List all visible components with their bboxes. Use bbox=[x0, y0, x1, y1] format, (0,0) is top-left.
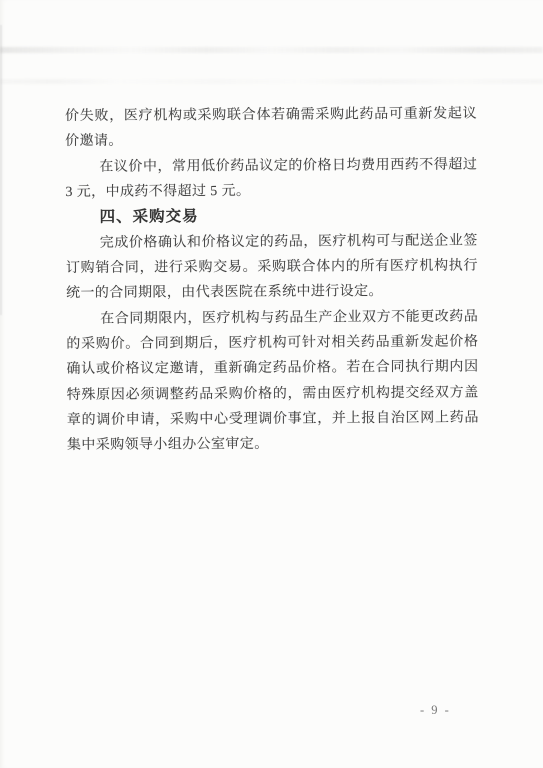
document-body: 价失败，医疗机构或采购联合体若确需采购此药品可重新发起议 价邀请。 在议价中，常… bbox=[65, 101, 479, 458]
text-line: 章的调价申请，采购中心受理调价事宜，并上报自治区网上药品 bbox=[67, 406, 479, 434]
document-page: 价失败，医疗机构或采购联合体若确需采购此药品可重新发起议 价邀请。 在议价中，常… bbox=[0, 0, 543, 768]
text-line: 价邀请。 bbox=[65, 127, 477, 155]
scan-streak-artifact bbox=[0, 79, 543, 84]
text-line: 集中采购领导小组办公室审定。 bbox=[67, 431, 479, 459]
text-line: 订购销合同，进行采购交易。采购联合体内的所有医疗机构执行 bbox=[66, 254, 478, 282]
text-line: 价失败，医疗机构或采购联合体若确需采购此药品可重新发起议 bbox=[65, 101, 477, 129]
section-heading: 四、采购交易 bbox=[66, 203, 478, 231]
text-line: 统一的合同期限，由代表医院在系统中进行设定。 bbox=[66, 279, 478, 307]
text-line: 3 元，中成药不得超过 5 元。 bbox=[65, 178, 477, 206]
text-line: 在议价中，常用低价药品议定的价格日均费用西药不得超过 bbox=[65, 152, 477, 180]
text-line: 的采购价。合同到期后，医疗机构可针对相关药品重新发起价格 bbox=[66, 330, 478, 358]
text-line: 确认或价格议定邀请，重新确定药品价格。若在合同执行期内因 bbox=[66, 355, 478, 383]
scan-streak-artifact bbox=[0, 47, 543, 53]
text-line: 完成价格确认和价格议定的药品，医疗机构可与配送企业签 bbox=[66, 228, 478, 256]
text-line: 特殊原因必须调整药品采购价格的，需由医疗机构提交经双方盖 bbox=[67, 380, 479, 408]
page-number: - 9 - bbox=[420, 703, 490, 718]
text-line: 在合同期限内，医疗机构与药品生产企业双方不能更改药品 bbox=[66, 304, 478, 332]
scan-edge-artifact bbox=[0, 25, 2, 315]
